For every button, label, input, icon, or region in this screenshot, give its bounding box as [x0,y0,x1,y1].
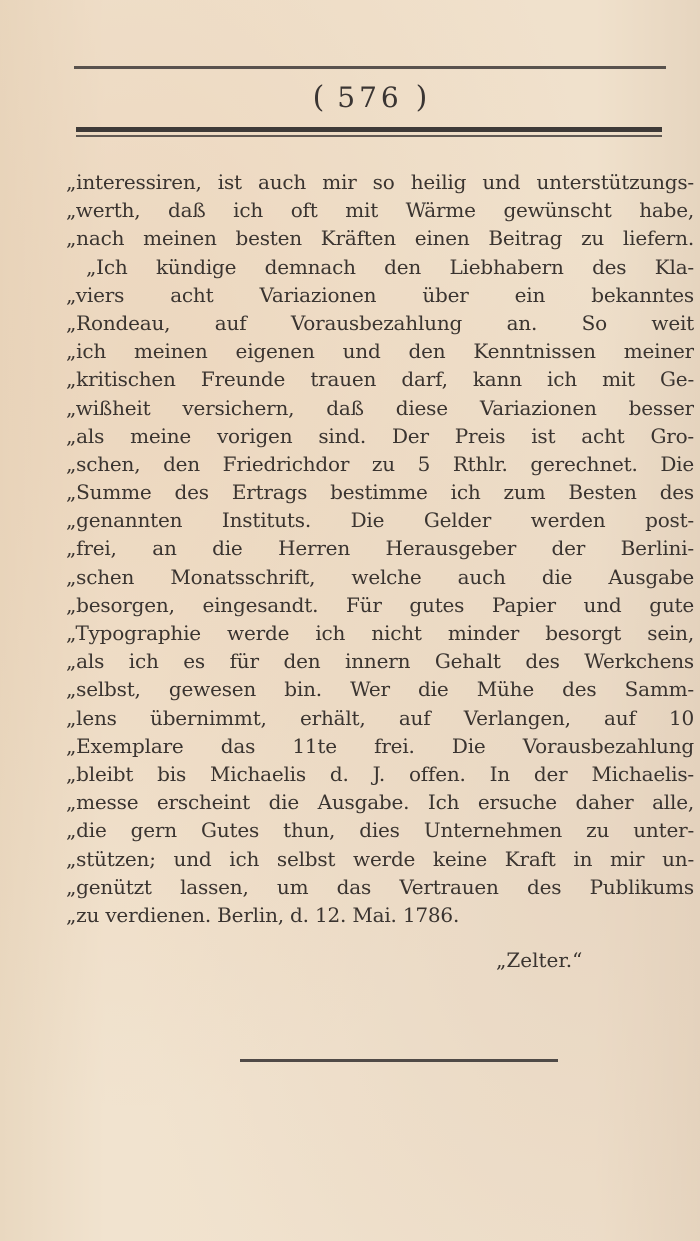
text-line: „stützen; und ich selbst werde keine Kra… [66,845,694,873]
text-line: „genützt lassen, um das Vertrauen des Pu… [66,873,694,901]
text-line: „werth, daß ich oft mit Wärme gewünscht … [66,196,694,224]
text-line: „wißheit versichern, daß diese Variazion… [66,394,694,422]
text-line: „besorgen, eingesandt. Für gutes Papier … [66,591,694,619]
text-line: „interessiren, ist auch mir so heilig un… [66,168,694,196]
text-line: „viers acht Variazionen über ein bekannt… [66,281,694,309]
text-line: „messe erscheint die Ausgabe. Ich ersuch… [66,788,694,816]
text-line: „Exemplare das 11te frei. Die Vorausbeza… [66,732,694,760]
page-number: 576 [337,81,402,114]
text-line: „als ich es für den innern Gehalt des We… [66,647,694,675]
text-line: „lens übernimmt, erhält, auf Verlangen, … [66,704,694,732]
header-top-rule [74,66,666,69]
close-bracket: ) [416,80,428,115]
text-line-last: „zu verdienen. Berlin, d. 12. Mai. 1786. [66,901,694,929]
header-thin-rule [76,135,662,137]
text-line: „schen, den Friedrichdor zu 5 Rthlr. ger… [66,450,694,478]
text-line: „kritischen Freunde trauen darf, kann ic… [66,365,694,393]
text-line: „Typographie werde ich nicht minder beso… [66,619,694,647]
text-line: „als meine vorigen sind. Der Preis ist a… [66,422,694,450]
signature: „Zelter.“ [496,948,582,972]
text-line: „selbst, gewesen bin. Wer die Mühe des S… [66,675,694,703]
section-end-rule [240,1059,558,1062]
text-line: „genannten Instituts. Die Gelder werden … [66,506,694,534]
header-thick-rule [76,127,662,132]
body-text: „interessiren, ist auch mir so heilig un… [66,168,694,929]
text-line: „frei, an die Herren Herausgeber der Ber… [66,534,694,562]
open-bracket: ( [313,80,325,115]
text-line: „Summe des Ertrags bestimme ich zum Best… [66,478,694,506]
text-line: „bleibt bis Michaelis d. J. offen. In de… [66,760,694,788]
page-number-header: ( 576 ) [0,80,700,115]
text-line: „die gern Gutes thun, dies Unternehmen z… [66,816,694,844]
text-line: „schen Monatsschrift, welche auch die Au… [66,563,694,591]
text-line: „Rondeau, auf Vorausbezahlung an. So wei… [66,309,694,337]
text-line-paragraph-start: „Ich kündige demnach den Liebhabern des … [66,253,694,281]
book-page: ( 576 ) „interessiren, ist auch mir so h… [0,0,700,1241]
text-line: „nach meinen besten Kräften einen Beitra… [66,224,694,252]
text-line: „ich meinen eigenen und den Kenntnissen … [66,337,694,365]
